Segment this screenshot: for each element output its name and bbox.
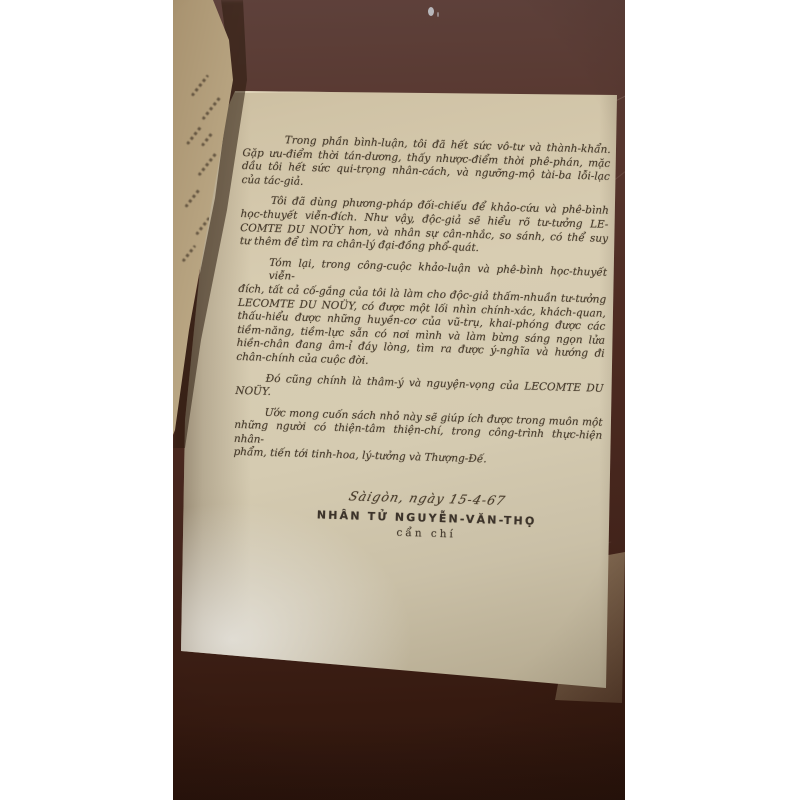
left-page-text-fragment bbox=[202, 95, 223, 120]
preface-text-block: Trong phần bình-luận, tôi đã hết sức vô-… bbox=[231, 133, 611, 547]
preface-paragraph-5: Ước mong cuốn sách nhỏ này sẽ giúp ích đ… bbox=[233, 406, 602, 471]
left-page-text-fragment bbox=[198, 151, 219, 176]
page-top-edge bbox=[235, 87, 617, 93]
preface-paragraph-3: Tóm lại, trong công-cuộc khảo-luận và ph… bbox=[236, 256, 607, 376]
white-canvas: Trong phần bình-luận, tôi đã hết sức vô-… bbox=[0, 0, 800, 800]
background-speck bbox=[428, 7, 434, 16]
left-page-text-fragment bbox=[191, 74, 209, 96]
preface-paragraph-1: Trong phần bình-luận, tôi đã hết sức vô-… bbox=[241, 133, 610, 198]
signature-block: Sàigòn, ngày 15-4-67 NHÂN TỬ NGUYỄN-VĂN-… bbox=[231, 486, 600, 547]
left-page-text-fragment bbox=[186, 126, 202, 145]
preface-paragraph-4: Đó cũng chính là thâm-ý và nguyện-vọng c… bbox=[235, 371, 604, 409]
preface-paragraph-2: Tôi đã dùng phương-pháp đối-chiếu để khả… bbox=[240, 194, 609, 259]
left-page-text-fragment bbox=[184, 187, 201, 208]
signature-place-date: Sàigòn, ngày 15-4-67 bbox=[347, 489, 507, 507]
left-page-text-fragment bbox=[182, 245, 197, 263]
left-page-text-fragment bbox=[201, 132, 213, 146]
book-photo: Trong phần bình-luận, tôi đã hết sức vô-… bbox=[173, 0, 625, 800]
